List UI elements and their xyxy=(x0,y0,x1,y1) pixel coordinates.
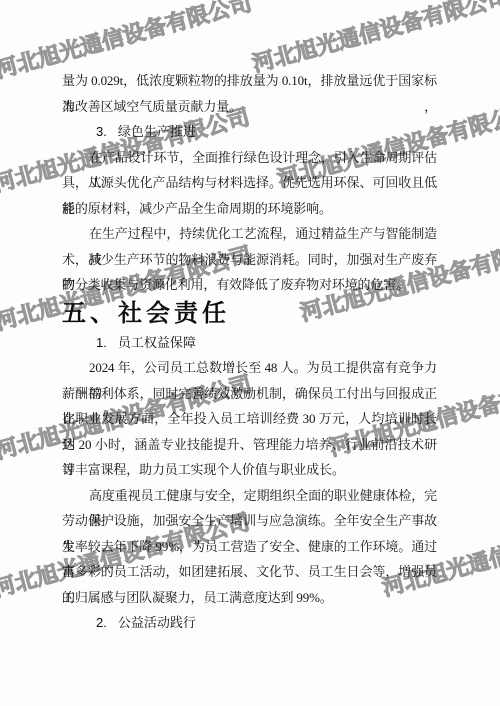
text-line: 量为 0.029t，低浓度颗粒物的排放量为 0.10t，排放量远优于国家标准， xyxy=(62,68,437,94)
text-line: 劳动保护设施，加强安全生产培训与应急演练。全年安全生产事故发 xyxy=(62,508,437,534)
subsection-label: 员工权益保障 xyxy=(118,335,196,350)
scanned-document-page: 河北旭光通信设备有限公司河北旭光通信设备有限公司河北旭光通信设备有限公司河北旭光… xyxy=(0,0,500,706)
subsection-label: 绿色生产推进 xyxy=(118,124,196,139)
subsection-heading: 3.绿色生产推进 xyxy=(62,119,437,145)
section-heading: 五、社会责任 xyxy=(62,299,437,330)
text-line: 的归属感与团队凝聚力，员工满意度达到 99%。 xyxy=(62,585,437,611)
text-line: 在职业发展方面，全年投入员工培训经费 30 万元，人均培训时长达 xyxy=(62,406,437,432)
text-line: 耗的原材料，减少产品全生命周期的环境影响。 xyxy=(62,196,437,222)
text-line: 在产品设计环节，全面推行绿色设计理念，引入生命周期评估工 xyxy=(62,145,437,171)
text-line: 具，从源头优化产品结构与材料选择。优先选用环保、可回收且低能 xyxy=(62,170,437,196)
subsection-heading: 2.公益活动践行 xyxy=(62,610,437,636)
text-line: 的分类收集与资源化利用，有效降低了废弃物对环境的危害。 xyxy=(62,272,437,298)
company-watermark-text: 河北旭光通信设备有限公司 xyxy=(250,0,500,78)
subsection-number: 2. xyxy=(96,615,107,630)
text-line: 高度重视员工健康与安全，定期组织全面的职业健康体检，完善 xyxy=(62,483,437,509)
text-line: 在生产过程中，持续优化工艺流程，通过精益生产与智能制造技 xyxy=(62,221,437,247)
text-line: 薪酬福利体系，同时完善绩效激励机制，确保员工付出与回报成正比。 xyxy=(62,381,437,407)
text-line: 到 20 小时，涵盖专业技能提升、管理能力培养、行业前沿技术研讨 xyxy=(62,432,437,458)
subsection-heading: 1.员工权益保障 xyxy=(62,330,437,356)
subsection-number: 3. xyxy=(96,124,107,139)
text-line: 生率较去年下降 99%，为员工营造了安全、健康的工作环境。通过丰 xyxy=(62,534,437,560)
document-content: 量为 0.029t，低浓度颗粒物的排放量为 0.10t，排放量远优于国家标准，为… xyxy=(62,68,437,636)
subsection-label: 公益活动践行 xyxy=(118,615,196,630)
text-line: 富多彩的员工活动，如团建拓展、文化节、员工生日会等，增强员工 xyxy=(62,559,437,585)
subsection-number: 1. xyxy=(96,335,107,350)
text-line: 术，减少生产环节的物料浪费与能源消耗。同时，加强对生产废弃物 xyxy=(62,247,437,273)
text-line: 等丰富课程，助力员工实现个人价值与职业成长。 xyxy=(62,457,437,483)
text-line: 2024 年，公司员工总数增长至 48 人。为员工提供富有竞争力的 xyxy=(62,355,437,381)
